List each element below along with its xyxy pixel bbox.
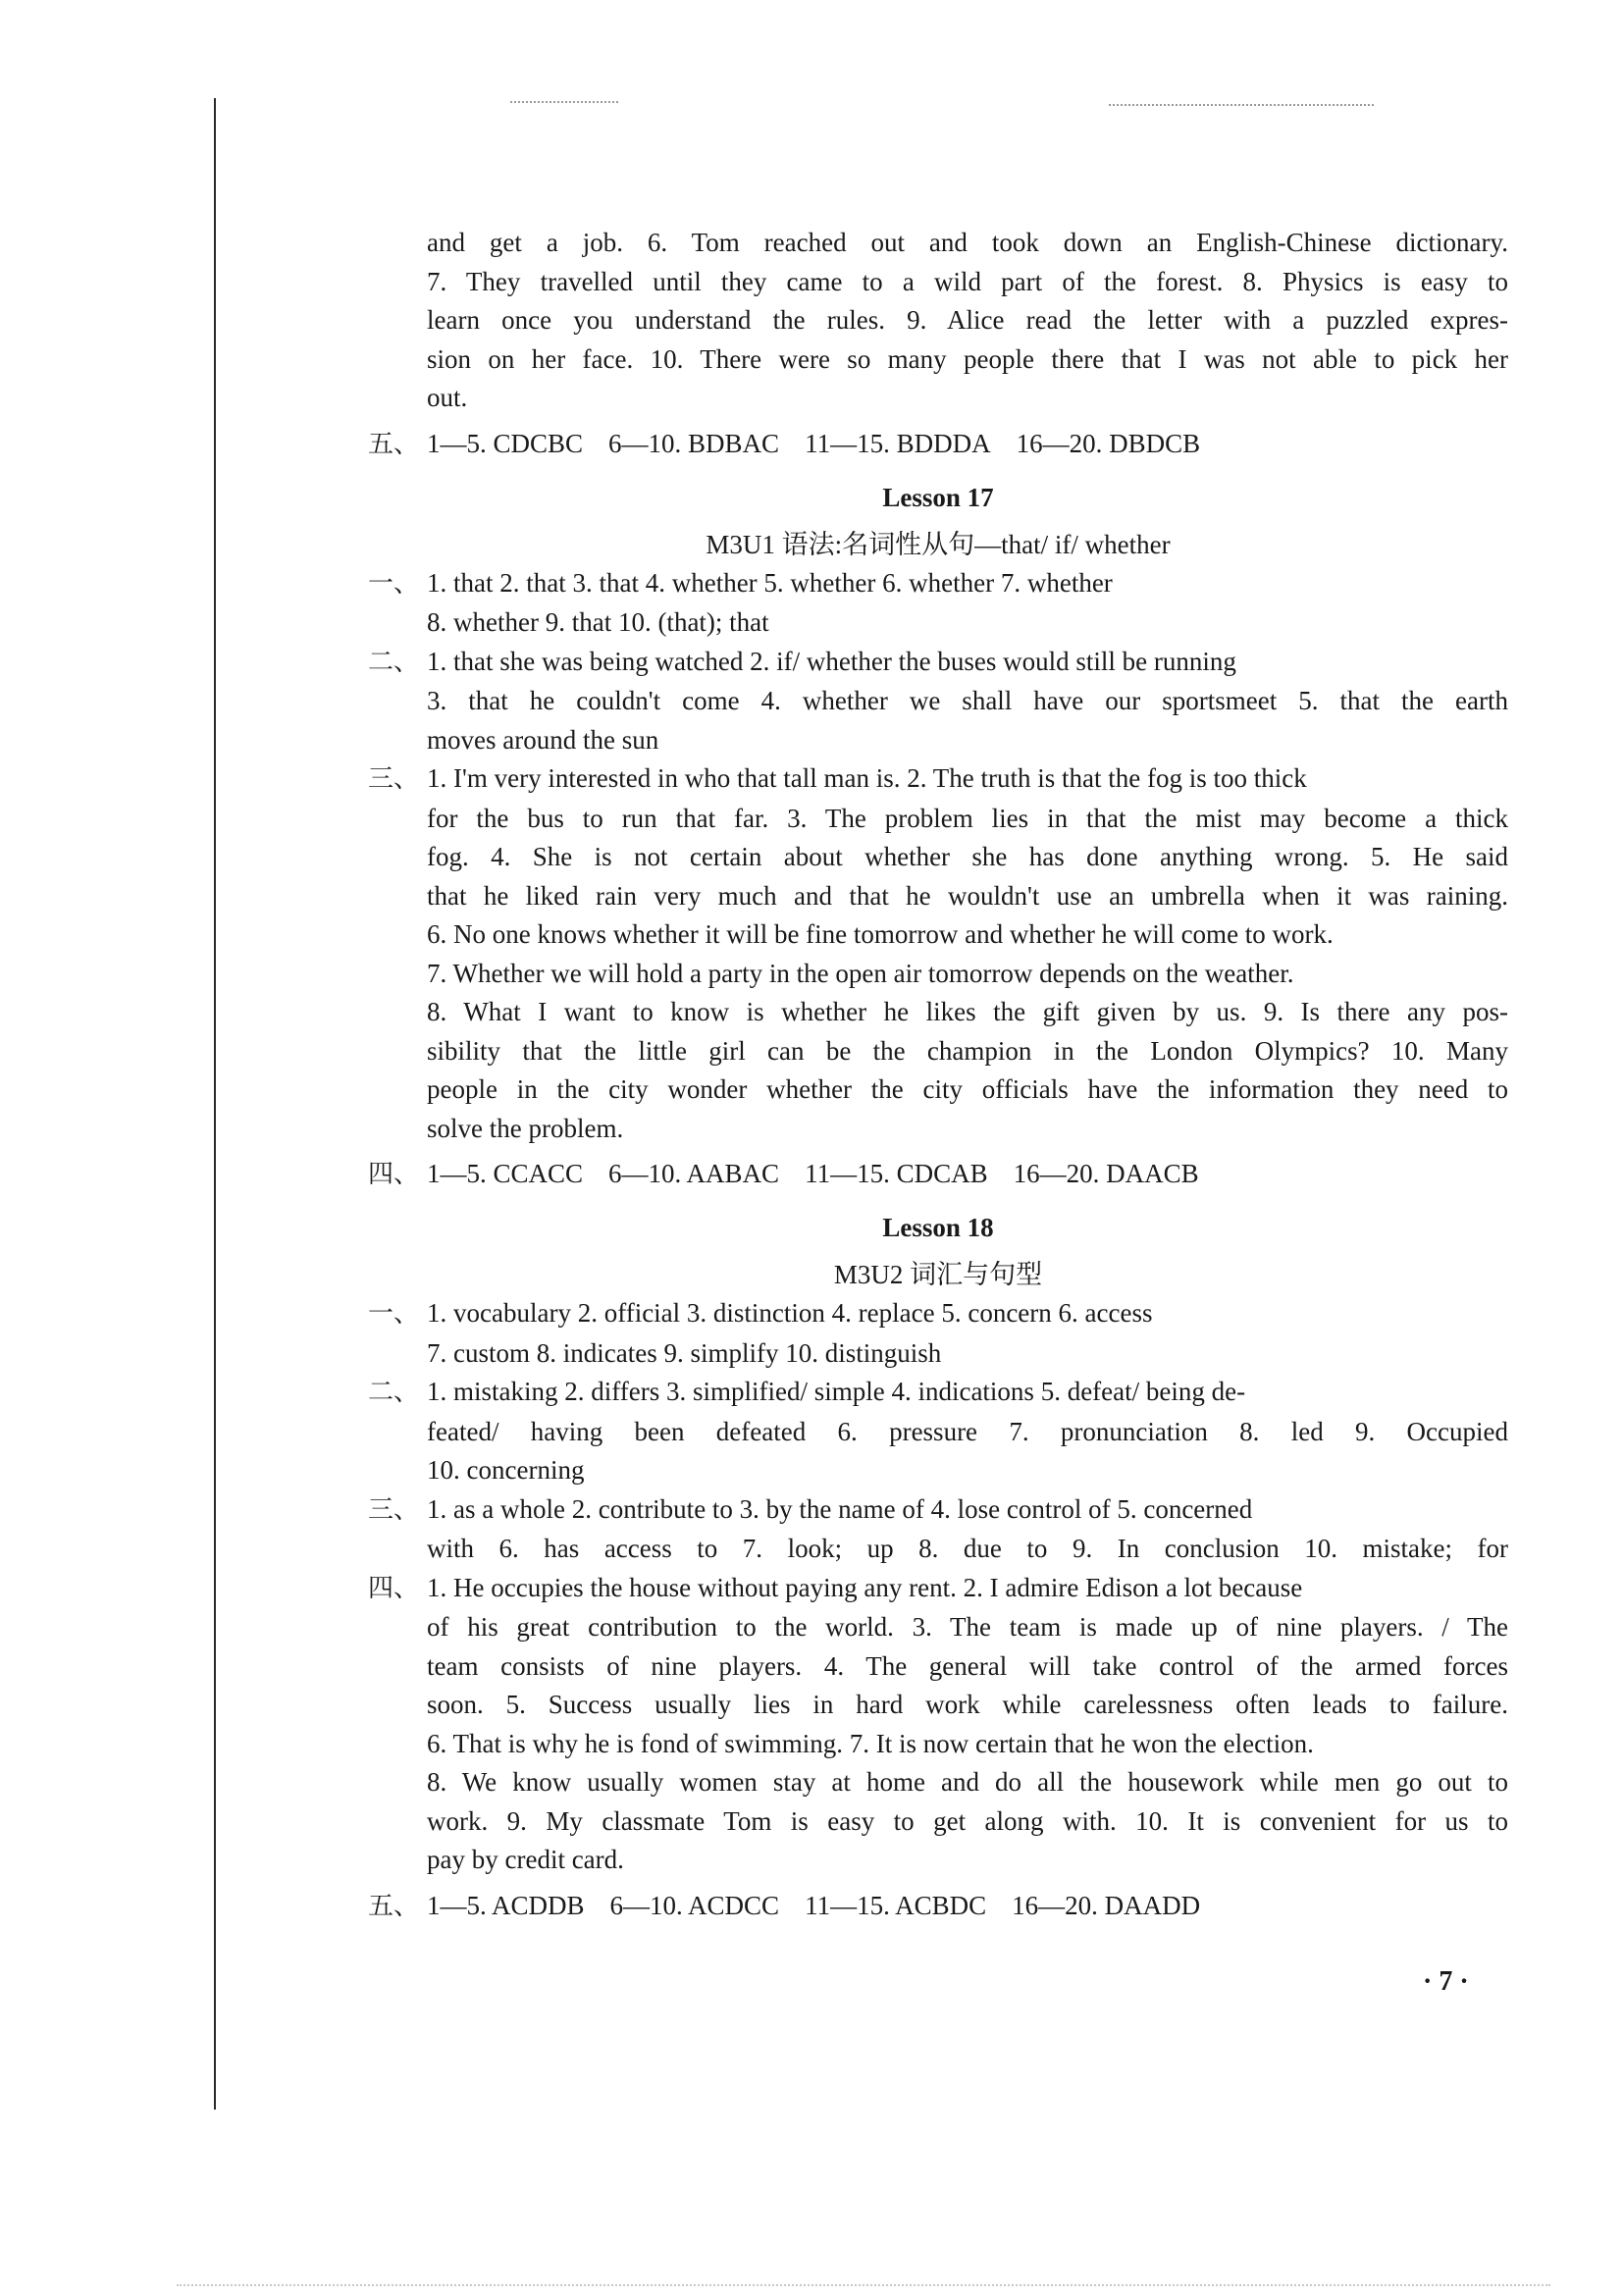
text-line: 8. What I want to know is whether he lik… — [368, 993, 1508, 1032]
text-line: 1. that 2. that 3. that 4. whether 5. wh… — [427, 568, 1113, 598]
answer-group: 6—10. ACDCC — [610, 1891, 780, 1920]
text-line: 1. as a whole 2. contribute to 3. by the… — [427, 1494, 1252, 1524]
answer-group: 6—10. AABAC — [608, 1159, 779, 1188]
answer-group: 6—10. BDBAC — [608, 429, 779, 458]
section-prefix: 四、 — [368, 1155, 427, 1194]
section-5-answers: 五、1—5. CDCBC6—10. BDBAC11—15. BDDDA16—20… — [368, 424, 1508, 464]
text-line: feated/ having been defeated 6. pressure… — [368, 1413, 1508, 1452]
section-prefix: 五、 — [368, 1887, 427, 1926]
text-line: solve the problem. — [368, 1110, 1508, 1149]
lesson-17-section-2: 二、1. that she was being watched 2. if/ w… — [368, 643, 1508, 760]
section-prefix: 二、 — [368, 1374, 427, 1413]
scan-artifact — [510, 101, 618, 104]
text-line: 6. That is why he is fond of swimming. 7… — [368, 1725, 1508, 1764]
section-prefix: 五、 — [368, 425, 427, 464]
text-line: 10. concerning — [368, 1451, 1508, 1490]
answer-group: 16—20. DBDCB — [1017, 429, 1201, 458]
text-line: that he liked rain very much and that he… — [368, 877, 1508, 916]
lesson-18-section-2: 二、1. mistaking 2. differs 3. simplified/… — [368, 1373, 1508, 1490]
answer-group: 1—5. ACDDB — [427, 1891, 585, 1920]
text-line: people in the city wonder whether the ci… — [368, 1070, 1508, 1110]
text-line: 1. He occupies the house without paying … — [427, 1573, 1302, 1602]
text-line: of his great contribution to the world. … — [368, 1608, 1508, 1647]
answer-group: 11—15. CDCAB — [805, 1159, 988, 1188]
text-line: 1. vocabulary 2. official 3. distinction… — [427, 1298, 1152, 1328]
answer-group: 16—20. DAADD — [1012, 1891, 1200, 1920]
text-line: and get a job. 6. Tom reached out and to… — [368, 224, 1508, 263]
answer-group: 16—20. DAACB — [1014, 1159, 1199, 1188]
text-line: 8. whether 9. that 10. (that); that — [368, 603, 1508, 643]
text-line: 7. They travelled until they came to a w… — [368, 263, 1508, 302]
text-line: out. — [368, 379, 1508, 418]
scan-artifact — [177, 2284, 1550, 2286]
text-line: 1. mistaking 2. differs 3. simplified/ s… — [427, 1377, 1245, 1406]
text-line: soon. 5. Success usually lies in hard wo… — [368, 1686, 1508, 1725]
lesson-18-section-4: 四、1. He occupies the house without payin… — [368, 1569, 1508, 1880]
lesson-18-section-5-answers: 五、1—5. ACDDB6—10. ACDCC11—15. ACBDC16—20… — [368, 1886, 1508, 1926]
lesson-18-title: Lesson 18 — [368, 1208, 1508, 1247]
continuation-block: and get a job. 6. Tom reached out and to… — [368, 224, 1508, 418]
answer-group: 11—15. BDDDA — [805, 429, 991, 458]
answer-group: 1—5. CDCBC — [427, 429, 583, 458]
lesson-18-section-3: 三、1. as a whole 2. contribute to 3. by t… — [368, 1490, 1508, 1569]
lesson-17-section-1: 一、1. that 2. that 3. that 4. whether 5. … — [368, 564, 1508, 643]
text-line: 8. We know usually women stay at home an… — [368, 1763, 1508, 1802]
section-prefix: 一、 — [368, 565, 427, 604]
text-line: with 6. has access to 7. look; up 8. due… — [368, 1530, 1508, 1569]
lesson-18-subtitle: M3U2 词汇与句型 — [368, 1255, 1508, 1294]
text-line: 7. Whether we will hold a party in the o… — [368, 955, 1508, 994]
lesson-17-section-4-answers: 四、1—5. CCACC6—10. AABAC11—15. CDCAB16—20… — [368, 1154, 1508, 1194]
text-line: moves around the sun — [368, 721, 1508, 760]
binding-margin-line — [214, 98, 216, 2110]
answer-key-page: and get a job. 6. Tom reached out and to… — [368, 224, 1508, 1926]
text-line: sion on her face. 10. There were so many… — [368, 340, 1508, 380]
text-line: pay by credit card. — [368, 1841, 1508, 1880]
lesson-18-section-1: 一、1. vocabulary 2. official 3. distincti… — [368, 1294, 1508, 1373]
lesson-17-title: Lesson 17 — [368, 478, 1508, 517]
section-prefix: 二、 — [368, 644, 427, 683]
text-line: sibility that the little girl can be the… — [368, 1032, 1508, 1071]
text-line: 7. custom 8. indicates 9. simplify 10. d… — [368, 1334, 1508, 1374]
answer-group: 11—15. ACBDC — [805, 1891, 986, 1920]
text-line: work. 9. My classmate Tom is easy to get… — [368, 1802, 1508, 1842]
page-number: · 7 · — [1423, 1966, 1469, 1998]
answer-group: 1—5. CCACC — [427, 1159, 583, 1188]
text-line: learn once you understand the rules. 9. … — [368, 301, 1508, 340]
section-prefix: 四、 — [368, 1570, 427, 1609]
text-line: 3. that he couldn't come 4. whether we s… — [368, 682, 1508, 721]
text-line: 1. that she was being watched 2. if/ whe… — [427, 647, 1236, 676]
section-prefix: 三、 — [368, 760, 427, 800]
text-line: team consists of nine players. 4. The ge… — [368, 1647, 1508, 1687]
section-prefix: 三、 — [368, 1491, 427, 1531]
lesson-17-subtitle: M3U1 语法:名词性从句—that/ if/ whether — [368, 525, 1508, 564]
text-line: fog. 4. She is not certain about whether… — [368, 838, 1508, 877]
section-prefix: 一、 — [368, 1295, 427, 1334]
text-line: for the bus to run that far. 3. The prob… — [368, 800, 1508, 839]
text-line: 1. I'm very interested in who that tall … — [427, 763, 1307, 793]
lesson-17-section-3: 三、1. I'm very interested in who that tal… — [368, 759, 1508, 1148]
scan-artifact — [1109, 104, 1374, 107]
text-line: 6. No one knows whether it will be fine … — [368, 915, 1508, 955]
